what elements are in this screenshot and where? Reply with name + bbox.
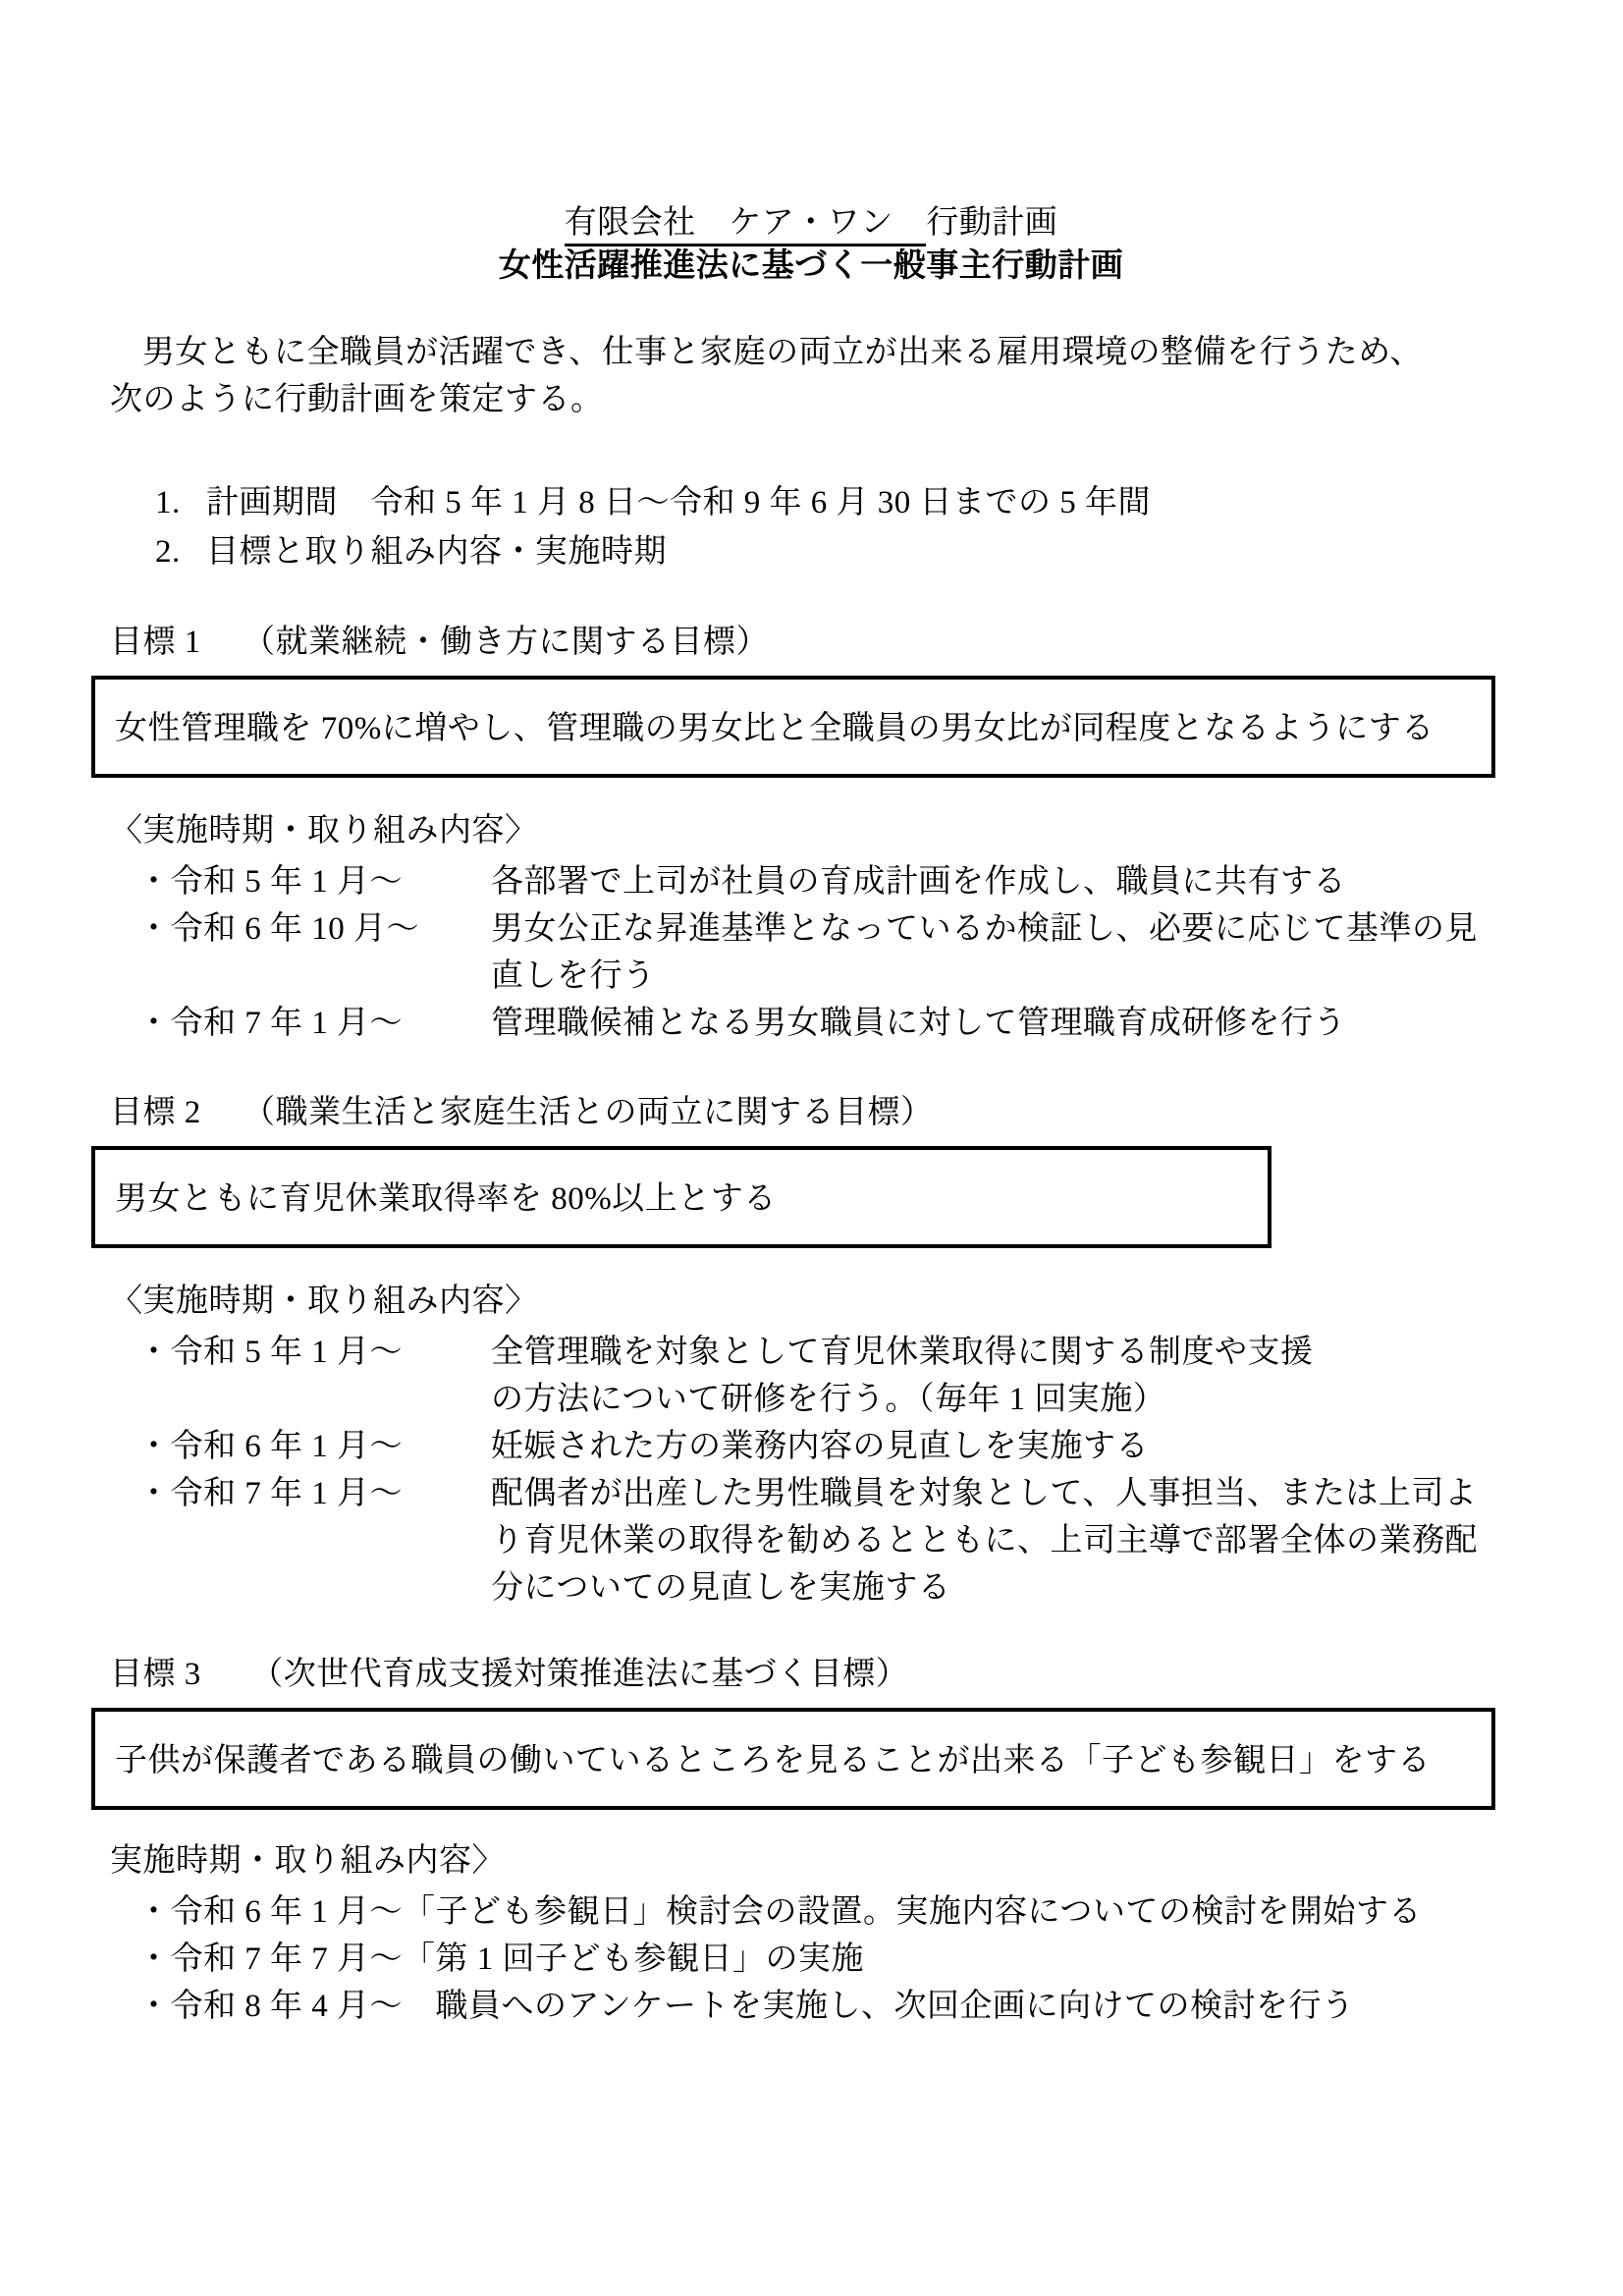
description-line: 「子ども参観日」検討会の設置。実施内容についての検討を開始する [403, 1894, 1422, 1930]
numbered-list: 1.計画期間 令和 5 年 1 月 8 日～令和 9 年 6 月 30 日までの… [155, 478, 1512, 576]
description-line: 管理職候補となる男女職員に対して管理職育成研修を行う [491, 1000, 1512, 1047]
schedule-date: ・令和 6 年 1 月～ [137, 1423, 491, 1470]
document-title: 有限会社 ケア・ワン 行動計画 [110, 201, 1512, 245]
goal-2-schedule-list: ・令和 5 年 1 月～ 全管理職を対象として育児休業取得に関する制度や支援 の… [137, 1329, 1512, 1612]
document-page: 有限会社 ケア・ワン 行動計画 女性活躍推進法に基づく一般事主行動計画 男女とも… [0, 0, 1623, 2296]
schedule-date: ・令和 8 年 4 月～ [137, 1989, 403, 2024]
schedule-item: ・令和 7 年 1 月～ 配偶者が出産した男性職員を対象として、人事担当、または… [137, 1470, 1512, 1612]
intro-paragraph: 男女ともに全職員が活躍でき、仕事と家庭の両立が出来る雇用環境の整備を行うため、 … [110, 329, 1512, 423]
document-subtitle: 女性活躍推進法に基づく一般事主行動計画 [110, 245, 1512, 288]
description-line: 職員へのアンケートを実施し、次回企画に向けての検討を行う [403, 1989, 1355, 2024]
goal-2-schedule-heading: 〈実施時期・取り組み内容〉 [110, 1280, 1512, 1323]
item-number: 2. [155, 527, 206, 576]
schedule-date: ・令和 7 年 1 月～ [137, 1000, 491, 1047]
goal-1-heading: 目標 1 （就業継続・働き方に関する目標） [110, 621, 1512, 664]
goal-3-schedule-list: ・令和 6 年 1 月～「子ども参観日」検討会の設置。実施内容についての検討を開… [137, 1888, 1512, 2030]
goal-3-heading: 目標 3 （次世代育成支援対策推進法に基づく目標） [110, 1653, 1512, 1696]
description-line: 「第 1 回子ども参観日」の実施 [403, 1941, 864, 1977]
description-line: 各部署で上司が社員の育成計画を作成し、職員に共有する [491, 858, 1512, 905]
item-text: 計画期間 令和 5 年 1 月 8 日～令和 9 年 6 月 30 日までの 5… [206, 485, 1151, 520]
description-line: 全管理職を対象として育児休業取得に関する制度や支援 [491, 1329, 1512, 1376]
schedule-description: 「第 1 回子ども参観日」の実施 [403, 1941, 864, 1977]
schedule-description: 配偶者が出産した男性職員を対象として、人事担当、または上司よ り育児休業の取得を… [491, 1470, 1512, 1612]
schedule-date: ・令和 7 年 7 月～ [137, 1941, 403, 1977]
schedule-date: ・令和 7 年 1 月～ [137, 1470, 491, 1612]
description-line: 配偶者が出産した男性職員を対象として、人事担当、または上司よ [491, 1470, 1512, 1517]
schedule-item: ・令和 7 年 1 月～ 管理職候補となる男女職員に対して管理職育成研修を行う [137, 1000, 1512, 1047]
schedule-item: ・令和 5 年 1 月～ 各部署で上司が社員の育成計画を作成し、職員に共有する [137, 858, 1512, 905]
schedule-item: ・令和 6 年 1 月～「子ども参観日」検討会の設置。実施内容についての検討を開… [137, 1888, 1512, 1936]
schedule-description: 妊娠された方の業務内容の見直しを実施する [491, 1423, 1512, 1470]
schedule-date: ・令和 6 年 1 月～ [137, 1894, 403, 1930]
schedule-description: 全管理職を対象として育児休業取得に関する制度や支援 の方法について研修を行う。（… [491, 1329, 1512, 1423]
schedule-description: 「子ども参観日」検討会の設置。実施内容についての検討を開始する [403, 1894, 1422, 1930]
description-line: り育児休業の取得を勧めるとともに、上司主導で部署全体の業務配 [491, 1517, 1512, 1564]
item-text: 目標と取り組み内容・実施時期 [206, 534, 667, 570]
document-title-suffix: 行動計画 [926, 205, 1057, 241]
schedule-date: ・令和 5 年 1 月～ [137, 1329, 491, 1423]
description-line: 男女公正な昇進基準となっているか検証し、必要に応じて基準の見 [491, 905, 1512, 953]
description-line: 分についての見直しを実施する [491, 1564, 1512, 1612]
schedule-item: ・令和 8 年 4 月～ 職員へのアンケートを実施し、次回企画に向けての検討を行… [137, 1983, 1512, 2030]
numbered-item-plan-period: 1.計画期間 令和 5 年 1 月 8 日～令和 9 年 6 月 30 日までの… [155, 478, 1512, 527]
schedule-item: ・令和 6 年 1 月～ 妊娠された方の業務内容の見直しを実施する [137, 1423, 1512, 1470]
goal-1-box: 女性管理職を 70%に増やし、管理職の男女比と全職員の男女比が同程度となるように… [91, 676, 1495, 778]
goal-1-schedule-list: ・令和 5 年 1 月～ 各部署で上司が社員の育成計画を作成し、職員に共有する … [137, 858, 1512, 1047]
description-line: の方法について研修を行う。（毎年 1 回実施） [491, 1376, 1512, 1423]
schedule-item: ・令和 5 年 1 月～ 全管理職を対象として育児休業取得に関する制度や支援 の… [137, 1329, 1512, 1423]
schedule-description: 職員へのアンケートを実施し、次回企画に向けての検討を行う [403, 1989, 1355, 2024]
schedule-date: ・令和 5 年 1 月～ [137, 858, 491, 905]
description-line: 直しを行う [491, 953, 1512, 1000]
description-line: 妊娠された方の業務内容の見直しを実施する [491, 1423, 1512, 1470]
goal-2-heading: 目標 2 （職業生活と家庭生活との両立に関する目標） [110, 1091, 1512, 1134]
intro-line-2: 次のように行動計画を策定する。 [110, 376, 1512, 423]
company-name-underlined: 有限会社 ケア・ワン [565, 205, 927, 246]
goal-section-1: 目標 1 （就業継続・働き方に関する目標） 女性管理職を 70%に増やし、管理職… [91, 621, 1512, 1047]
schedule-date: ・令和 6 年 10 月～ [137, 905, 491, 1000]
goal-2-box: 男女ともに育児休業取得率を 80%以上とする [91, 1146, 1271, 1248]
goal-section-2: 目標 2 （職業生活と家庭生活との両立に関する目標） 男女ともに育児休業取得率を… [91, 1091, 1512, 1612]
intro-line-1: 男女ともに全職員が活躍でき、仕事と家庭の両立が出来る雇用環境の整備を行うため、 [110, 329, 1512, 376]
goal-section-3: 目標 3 （次世代育成支援対策推進法に基づく目標） 子供が保護者である職員の働い… [91, 1653, 1512, 2030]
goal-1-schedule-heading: 〈実施時期・取り組み内容〉 [110, 809, 1512, 852]
numbered-item-goals: 2.目標と取り組み内容・実施時期 [155, 527, 1512, 576]
schedule-description: 管理職候補となる男女職員に対して管理職育成研修を行う [491, 1000, 1512, 1047]
schedule-description: 男女公正な昇進基準となっているか検証し、必要に応じて基準の見 直しを行う [491, 905, 1512, 1000]
goal-3-schedule-heading: 実施時期・取り組み内容〉 [110, 1839, 1512, 1883]
item-number: 1. [155, 478, 206, 527]
schedule-item: ・令和 7 年 7 月～「第 1 回子ども参観日」の実施 [137, 1936, 1512, 1983]
schedule-item: ・令和 6 年 10 月～ 男女公正な昇進基準となっているか検証し、必要に応じて… [137, 905, 1512, 1000]
schedule-description: 各部署で上司が社員の育成計画を作成し、職員に共有する [491, 858, 1512, 905]
goal-3-box: 子供が保護者である職員の働いているところを見ることが出来る「子ども参観日」をする [91, 1708, 1495, 1810]
